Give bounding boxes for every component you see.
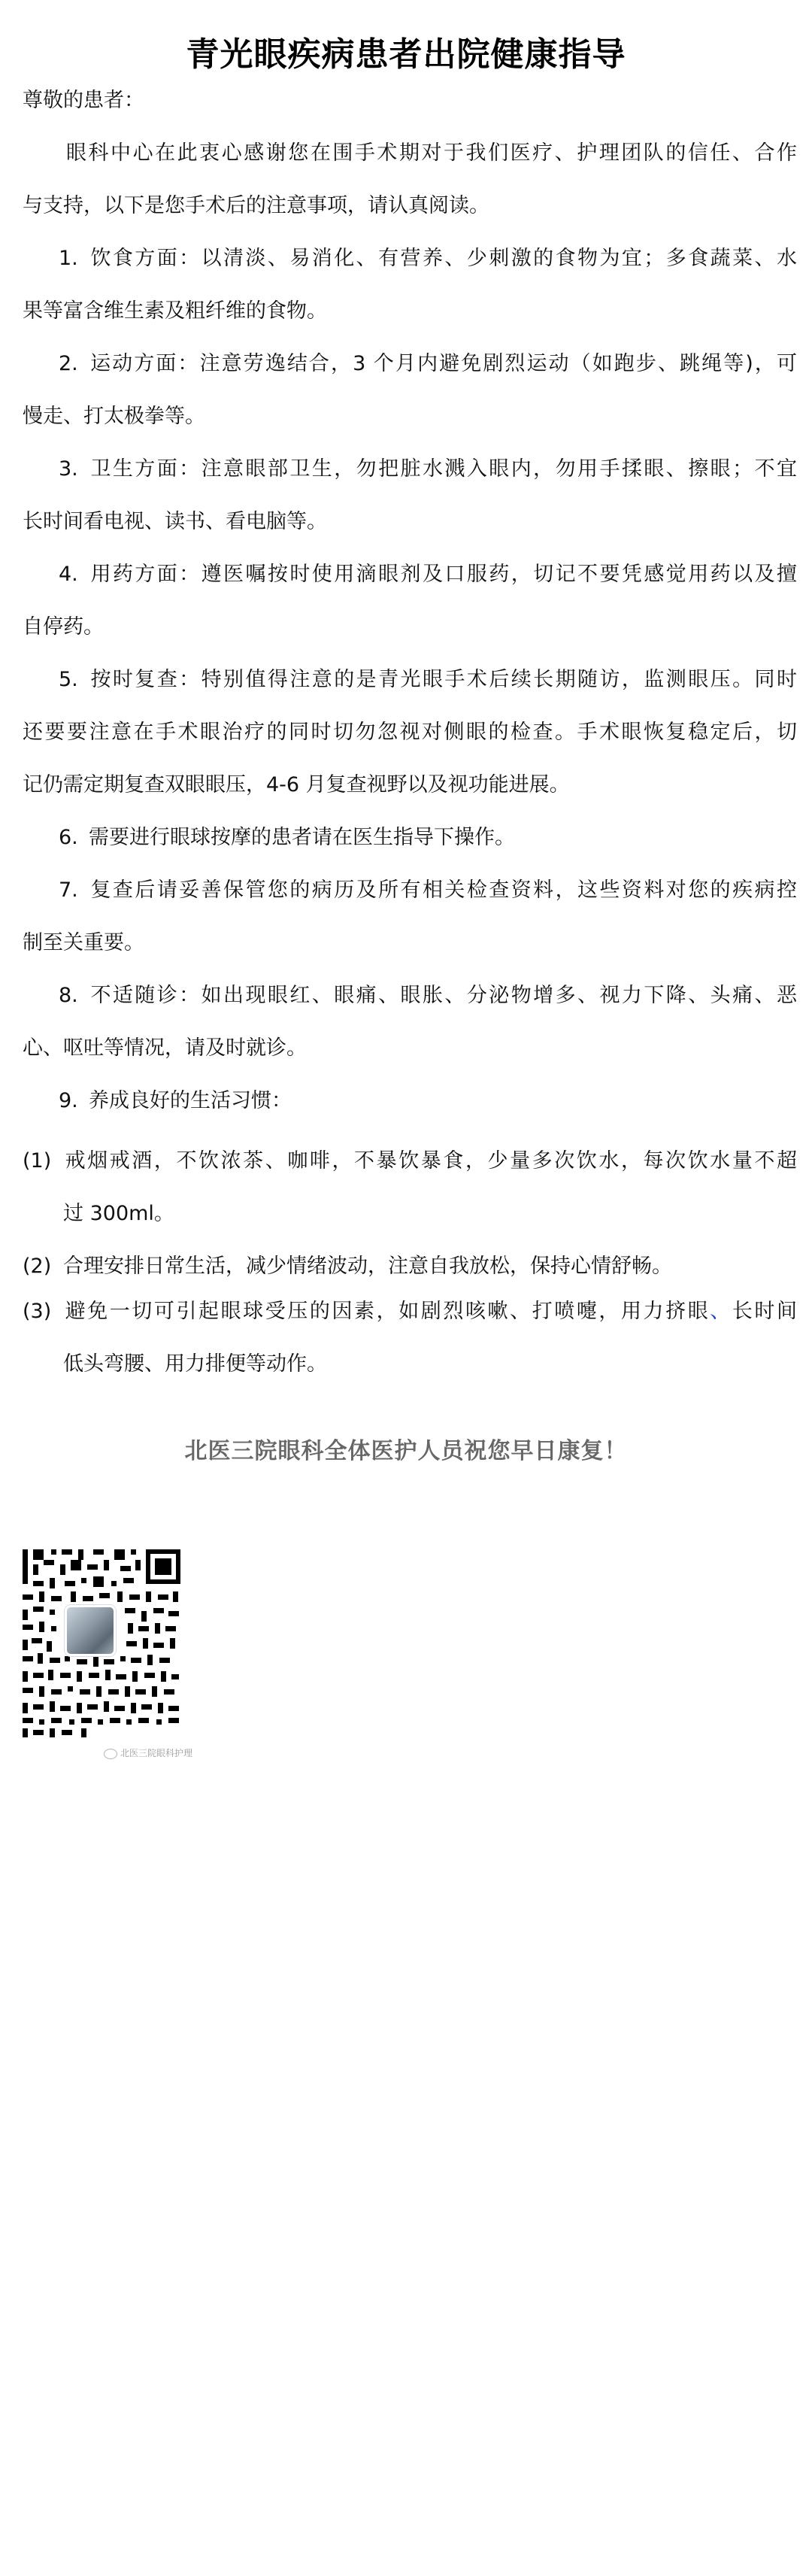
list-item-3: 3.卫生方面：注意眼部卫生，勿把脏水溅入眼内，勿用手揉眼、擦眼；不宜 (59, 454, 797, 484)
list-item-number: 4. (59, 560, 89, 590)
sub-item-3-cont: 低头弯腰、用力排便等动作。 (63, 1349, 797, 1379)
list-item-9: 9.养成良好的生活习惯： (59, 1086, 797, 1116)
list-item-text: 不适随诊：如出现眼红、眼痛、眼胀、分泌物增多、视力下降、头痛、恶 (89, 984, 797, 1007)
list-item-text: 运动方面：注意劳逸结合，3 个月内避免剧烈运动（如跑步、跳绳等)，可 (89, 352, 797, 375)
list-item-number: 2. (59, 349, 89, 379)
list-item-text: 卫生方面：注意眼部卫生，勿把脏水溅入眼内，勿用手揉眼、擦眼；不宜 (89, 457, 797, 481)
list-item-8-cont: 心、呕吐等情况，请及时就诊。 (23, 1033, 797, 1063)
sub-item-text: 合理安排日常生活，减少情绪波动，注意自我放松，保持心情舒畅。 (63, 1255, 672, 1278)
list-item-8: 8.不适随诊：如出现眼红、眼痛、眼胀、分泌物增多、视力下降、头痛、恶 (59, 981, 797, 1011)
list-item-1-cont: 果等富含维生素及粗纤维的食物。 (23, 296, 797, 326)
greeting: 尊敬的患者： (23, 86, 144, 116)
sub-item-1: (1)戒烟戒酒，不饮浓茶、咖啡，不暴饮暴食，少量多次饮水，每次饮水量不超 (23, 1146, 797, 1176)
list-item-text: 饮食方面：以清淡、易消化、有营养、少刺激的食物为宜；多食蔬菜、水 (89, 247, 797, 270)
page-title: 青光眼疾病患者出院健康指导 (0, 32, 812, 77)
list-item-4: 4.用药方面：遵医嘱按时使用滴眼剂及口服药，切记不要凭感觉用药以及擅 (59, 560, 797, 590)
list-item-2-cont: 慢走、打太极拳等。 (23, 402, 797, 432)
list-item-number: 6. (59, 823, 89, 853)
list-item-number: 8. (59, 981, 89, 1011)
list-item-text: 用药方面：遵医嘱按时使用滴眼剂及口服药，切记不要凭感觉用药以及擅 (89, 563, 797, 586)
sub-item-text: 避免一切可引起眼球受压的因素，如剧烈咳嗽、打喷嚏，用力挤眼 (63, 1300, 710, 1323)
list-item-3-cont: 长时间看电视、读书、看电脑等。 (23, 507, 797, 537)
list-item-number: 9. (59, 1086, 89, 1116)
closing-message: 北医三院眼科全体医护人员祝您早日康复！ (0, 1435, 812, 1468)
list-item-5: 5.按时复查：特别值得注意的是青光眼手术后续长期随访，监测眼压。同时 (59, 665, 797, 695)
list-item-7: 7.复查后请妥善保管您的病历及所有相关检查资料，这些资料对您的疾病控 (59, 875, 797, 906)
list-item-5-cont-1: 还要要注意在手术眼治疗的同时切勿忽视对侧眼的检查。手术眼恢复稳定后，切 (23, 718, 797, 748)
list-item-number: 5. (59, 665, 89, 695)
sub-item-number: (3) (23, 1297, 63, 1327)
list-item-number: 3. (59, 454, 89, 484)
list-item-number: 1. (59, 244, 89, 274)
sub-item-text-end: 长时间 (732, 1300, 797, 1323)
qr-center-logo (65, 1605, 116, 1656)
intro-line-2: 与支持，以下是您手术后的注意事项，请认真阅读。 (23, 191, 797, 221)
sub-item-number: (2) (23, 1252, 63, 1282)
qr-code[interactable]: 北医三院眼科护理 (21, 1548, 194, 1751)
list-item-number: 7. (59, 875, 89, 906)
list-item-7-cont: 制至关重要。 (23, 928, 797, 958)
list-item-6: 6.需要进行眼球按摩的患者请在医生指导下操作。 (59, 823, 797, 853)
sub-item-text: 戒烟戒酒，不饮浓茶、咖啡，不暴饮暴食，少量多次饮水，每次饮水量不超 (63, 1149, 797, 1173)
list-item-5-cont-2: 记仍需定期复查双眼眼压，4-6 月复查视野以及视功能进展。 (23, 770, 797, 800)
sub-item-2: (2)合理安排日常生活，减少情绪波动，注意自我放松，保持心情舒畅。 (23, 1252, 797, 1282)
qr-watermark-text: 北医三院眼科护理 (120, 1748, 192, 1758)
list-item-1: 1.饮食方面：以清淡、易消化、有营养、少刺激的食物为宜；多食蔬菜、水 (59, 244, 797, 274)
wechat-icon (104, 1749, 117, 1759)
list-item-4-cont: 自停药。 (23, 612, 797, 642)
list-item-text: 复查后请妥善保管您的病历及所有相关检查资料，这些资料对您的疾病控 (89, 878, 797, 902)
list-item-2: 2.运动方面：注意劳逸结合，3 个月内避免剧烈运动（如跑步、跳绳等)，可 (59, 349, 797, 379)
list-item-text: 按时复查：特别值得注意的是青光眼手术后续长期随访，监测眼压。同时 (89, 668, 797, 691)
intro-line-1: 眼科中心在此衷心感谢您在围手术期对于我们医疗、护理团队的信任、合作 (66, 138, 797, 168)
qr-watermark: 北医三院眼科护理 (104, 1746, 192, 1759)
list-item-text: 需要进行眼球按摩的患者请在医生指导下操作。 (89, 826, 515, 849)
sub-item-number: (1) (23, 1146, 63, 1176)
sub-item-3: (3)避免一切可引起眼球受压的因素，如剧烈咳嗽、打喷嚏，用力挤眼、长时间 (23, 1297, 797, 1327)
highlighted-punctuation: 、 (710, 1300, 732, 1323)
sub-item-1-cont: 过 300ml。 (63, 1199, 797, 1229)
list-item-text: 养成良好的生活习惯： (89, 1089, 292, 1112)
